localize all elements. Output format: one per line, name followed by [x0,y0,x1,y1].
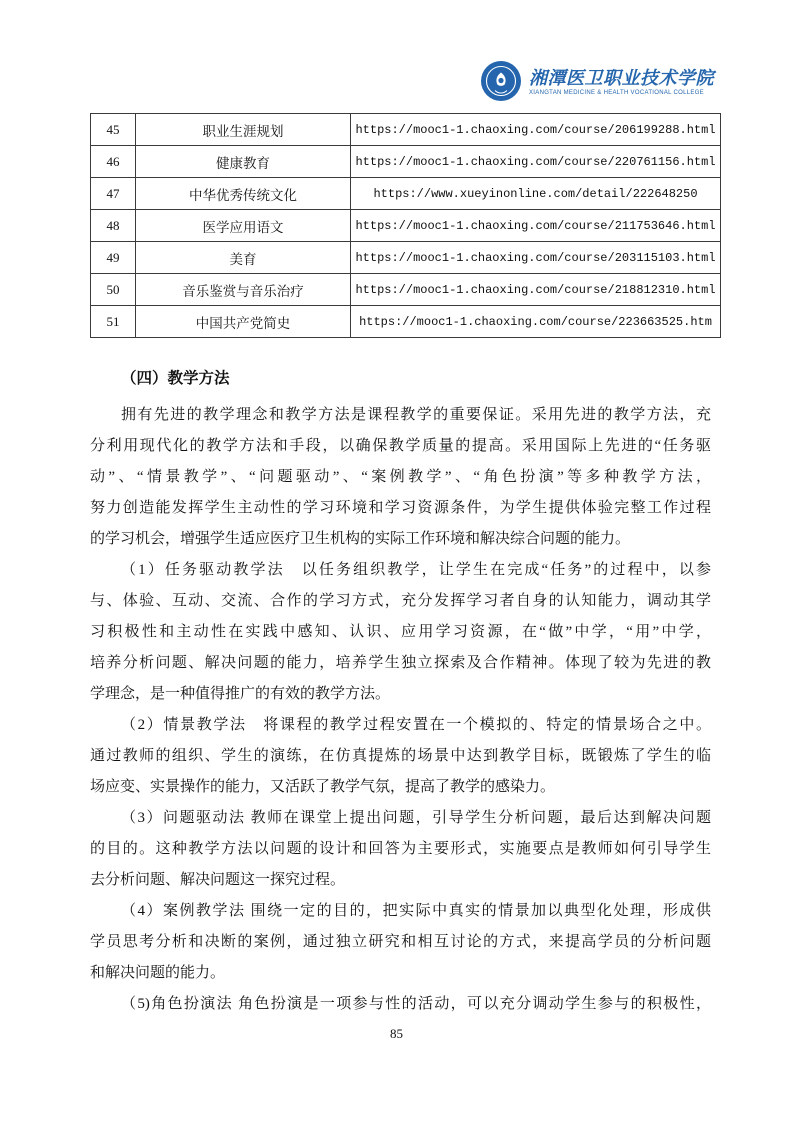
paragraph: （4）案例教学法 围绕一定的目的，把实际中真实的情景加以典型化处理，形成供学员思… [90,896,711,989]
cell-no: 51 [91,306,136,338]
table-row: 51中国共产党简史https://mooc1-1.chaoxing.com/co… [91,306,721,338]
course-link-table: 45职业生涯规划https://mooc1-1.chaoxing.com/cou… [90,113,721,338]
cell-url: https://mooc1-1.chaoxing.com/course/2236… [351,306,721,338]
cell-name: 健康教育 [136,146,351,178]
cell-url: https://www.xueyinonline.com/detail/2226… [351,178,721,210]
table-row: 47中华优秀传统文化https://www.xueyinonline.com/d… [91,178,721,210]
paragraph: 拥有先进的教学理念和教学方法是课程教学的重要保证。采用先进的教学方法，充分利用现… [90,400,711,555]
cell-name: 中国共产党简史 [136,306,351,338]
text-line: 通过教师的组织、学生的演练，在仿真提炼的场景中达到教学目标，既锻炼了学生的临 [90,741,711,772]
paragraph: （2）情景教学法 将课程的教学过程安置在一个模拟的、特定的情景场合之中。通过教师… [90,710,711,803]
text-line: 学理念，是一种值得推广的有效的教学方法。 [90,679,711,710]
cell-no: 49 [91,242,136,274]
text-line: 和解决问题的能力。 [90,958,711,989]
text-line: 场应变、实景操作的能力，又活跃了教学气氛，提高了教学的感染力。 [90,772,711,803]
text-line: 学员思考分析和决断的案例，通过独立研究和相互讨论的方式，来提高学员的分析问题 [90,927,711,958]
table-row: 46健康教育https://mooc1-1.chaoxing.com/cours… [91,146,721,178]
text-line: 动”、“情景教学”、“问题驱动”、“案例教学”、“角色扮演”等多种教学方法， [90,462,711,493]
text-line: （5)角色扮演法 角色扮演是一项参与性的活动，可以充分调动学生参与的积极性， [90,989,711,1020]
text-line: （2）情景教学法 将课程的教学过程安置在一个模拟的、特定的情景场合之中。 [90,710,711,741]
text-line: 习积极性和主动性在实践中感知、认识、应用学习资源，在“做”中学，“用”中学， [90,617,711,648]
table-row: 45职业生涯规划https://mooc1-1.chaoxing.com/cou… [91,114,721,146]
text-line: 努力创造能发挥学生主动性的学习环境和学习资源条件，为学生提供体验完整工作过程 [90,493,711,524]
paragraph: （5)角色扮演法 角色扮演是一项参与性的活动，可以充分调动学生参与的积极性， [90,989,711,1020]
table-row: 49美育https://mooc1-1.chaoxing.com/course/… [91,242,721,274]
cell-name: 音乐鉴赏与音乐治疗 [136,274,351,306]
cell-url: https://mooc1-1.chaoxing.com/course/2031… [351,242,721,274]
college-logo: 湘潭医卫职业技术学院 XIANGTAN MEDICINE & HEALTH VO… [480,60,714,102]
paragraph: （3）问题驱动法 教师在课堂上提出问题，引导学生分析问题，最后达到解决问题的目的… [90,803,711,896]
text-line: 拥有先进的教学理念和教学方法是课程教学的重要保证。采用先进的教学方法，充 [90,400,711,431]
text-line: 的目的。这种教学方法以问题的设计和回答为主要形式，实施要点是教师如何引导学生 [90,834,711,865]
college-seal-icon [480,60,522,102]
cell-no: 47 [91,178,136,210]
text-line: 培养分析问题、解决问题的能力，培养学生独立探索及合作精神。体现了较为先进的教 [90,648,711,679]
text-line: 与、体验、互动、交流、合作的学习方式，充分发挥学习者自身的认知能力，调动其学 [90,586,711,617]
cell-url: https://mooc1-1.chaoxing.com/course/2188… [351,274,721,306]
cell-name: 美育 [136,242,351,274]
cell-no: 48 [91,210,136,242]
cell-no: 46 [91,146,136,178]
cell-name: 医学应用语文 [136,210,351,242]
text-line: 去分析问题、解决问题这一探究过程。 [90,865,711,896]
cell-url: https://mooc1-1.chaoxing.com/course/2061… [351,114,721,146]
page-number: 85 [0,1026,793,1042]
text-line: （3）问题驱动法 教师在课堂上提出问题，引导学生分析问题，最后达到解决问题 [90,803,711,834]
body-text: 拥有先进的教学理念和教学方法是课程教学的重要保证。采用先进的教学方法，充分利用现… [90,400,711,1020]
cell-no: 45 [91,114,136,146]
college-name-zh: 湘潭医卫职业技术学院 [529,67,714,89]
college-name-block: 湘潭医卫职业技术学院 XIANGTAN MEDICINE & HEALTH VO… [529,67,714,96]
table-row: 48医学应用语文https://mooc1-1.chaoxing.com/cou… [91,210,721,242]
cell-url: https://mooc1-1.chaoxing.com/course/2117… [351,210,721,242]
cell-name: 中华优秀传统文化 [136,178,351,210]
paragraph: （1）任务驱动教学法 以任务组织教学，让学生在完成“任务”的过程中，以参与、体验… [90,555,711,710]
cell-url: https://mooc1-1.chaoxing.com/course/2207… [351,146,721,178]
text-line: 分利用现代化的教学方法和手段，以确保教学质量的提高。采用国际上先进的“任务驱 [90,431,711,462]
text-line: 的学习机会，增强学生适应医疗卫生机构的实际工作环境和解决综合问题的能力。 [90,524,711,555]
document-page: 湘潭医卫职业技术学院 XIANGTAN MEDICINE & HEALTH VO… [0,0,793,1122]
cell-no: 50 [91,274,136,306]
text-line: （1）任务驱动教学法 以任务组织教学，让学生在完成“任务”的过程中，以参 [90,555,711,586]
text-line: （4）案例教学法 围绕一定的目的，把实际中真实的情景加以典型化处理，形成供 [90,896,711,927]
section-heading: （四）教学方法 [121,368,230,390]
table-row: 50音乐鉴赏与音乐治疗https://mooc1-1.chaoxing.com/… [91,274,721,306]
course-table-body: 45职业生涯规划https://mooc1-1.chaoxing.com/cou… [91,114,721,338]
cell-name: 职业生涯规划 [136,114,351,146]
college-name-en: XIANGTAN MEDICINE & HEALTH VOCATIONAL CO… [529,90,714,96]
